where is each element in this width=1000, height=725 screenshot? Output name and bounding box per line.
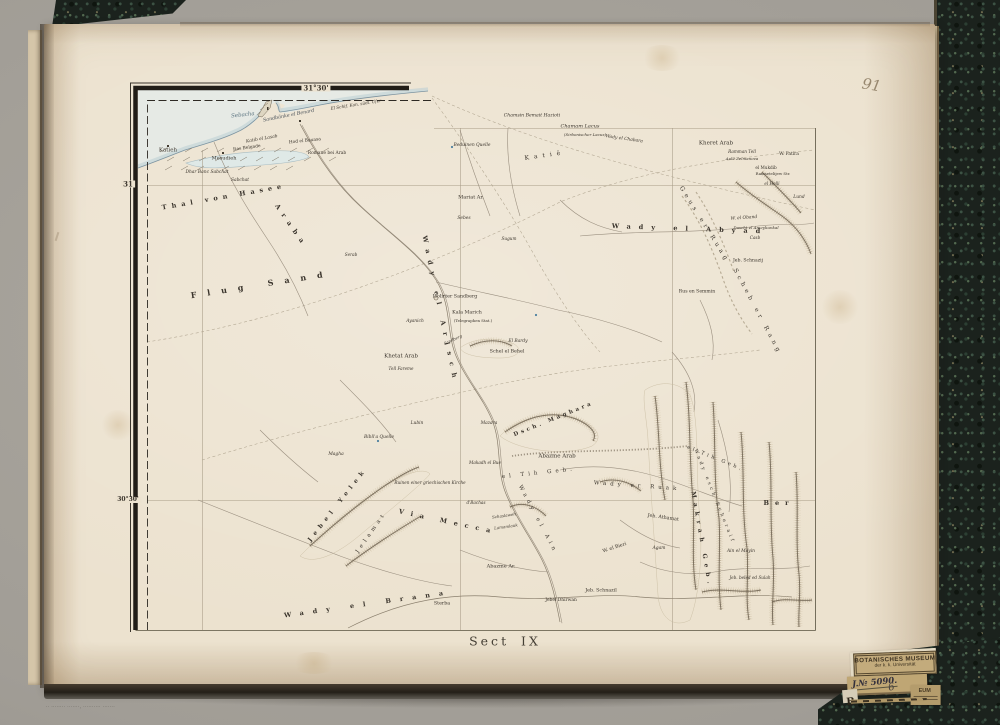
section-caption: Sect IX [469, 634, 541, 649]
museum-stamp-label: BOTANISCHES MUSEUM der k. k. Universität [853, 651, 937, 677]
fragment-text: EUM [919, 688, 941, 694]
museum-stamp-stack: BOTANISCHES MUSEUM der k. k. Universität… [845, 650, 947, 705]
map-engraving [0, 0, 1000, 725]
book-photo: 31°30'3130°30'SebachaSandbänke el Benard… [0, 0, 1000, 725]
label-fragment-right: EUM [911, 685, 941, 705]
mountain-hachures [310, 172, 812, 627]
pencil-annotation: 91 [861, 74, 883, 95]
